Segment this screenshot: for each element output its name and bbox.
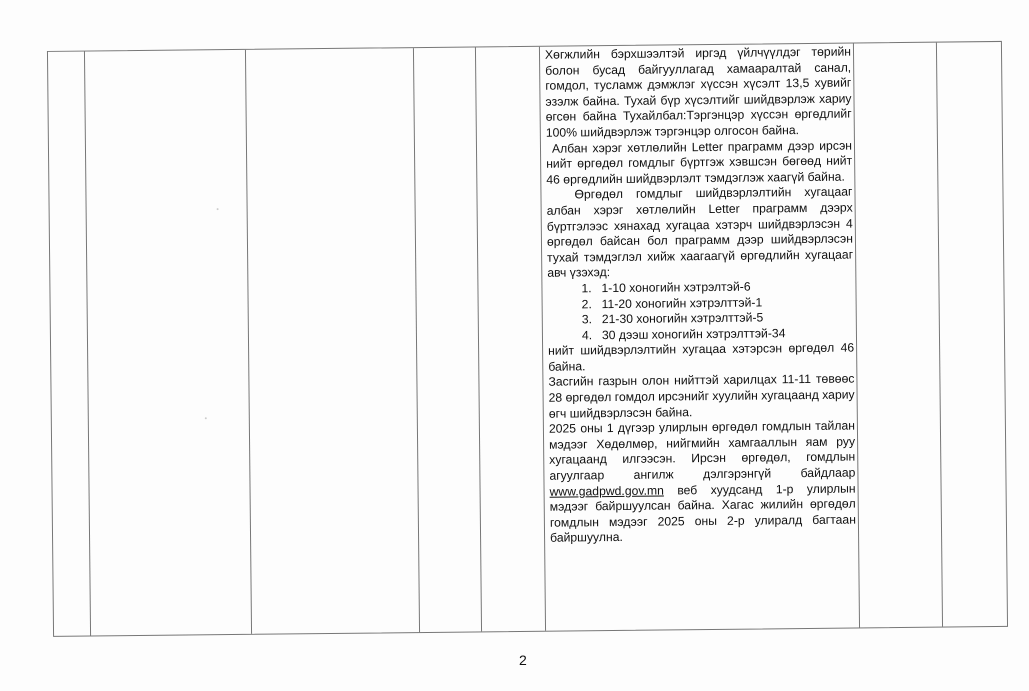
page-number: 2 — [519, 652, 527, 668]
scan-speck — [205, 417, 207, 419]
paragraph: Хөгжлийн бэрхшээлтэй иргэд үйлчүүлдэг тө… — [545, 45, 852, 142]
table-cell-progress: Хөгжлийн бэрхшээлтэй иргэд үйлчүүлдэг тө… — [545, 44, 856, 547]
paragraph: Засгийн газрын олон нийттэй харилцах 11-… — [548, 372, 854, 422]
paragraph: Албан хэрэг хөтлөлийн Letter праграмм дэ… — [546, 138, 852, 188]
website-link[interactable]: www.gadpwd.gov.mn — [550, 483, 664, 498]
overdue-list: 1.1-10 хоногийн хэтрэлтэй-6 2.11-20 хоно… — [547, 278, 854, 344]
column-divider — [413, 48, 420, 632]
paragraph: Өргөдөл гомдлыг шийдвэрлэлтийн хугацааг … — [546, 185, 853, 282]
report-table: Хөгжлийн бэрхшээлтэй иргэд үйлчүүлдэг тө… — [47, 41, 1008, 637]
paragraph: 2025 оны 1 дүгээр улирлын өргөдөл гомдлы… — [549, 419, 856, 547]
column-divider — [936, 43, 943, 627]
paragraph: нийт шийдвэрлэлтийн хугацаа хэтэрсэн өрг… — [548, 341, 854, 375]
column-divider — [84, 52, 91, 636]
column-divider — [475, 47, 482, 631]
scan-speck — [217, 208, 219, 210]
document-page: Хөгжлийн бэрхшээлтэй иргэд үйлчүүлдэг тө… — [0, 0, 1029, 691]
column-divider — [245, 50, 252, 634]
